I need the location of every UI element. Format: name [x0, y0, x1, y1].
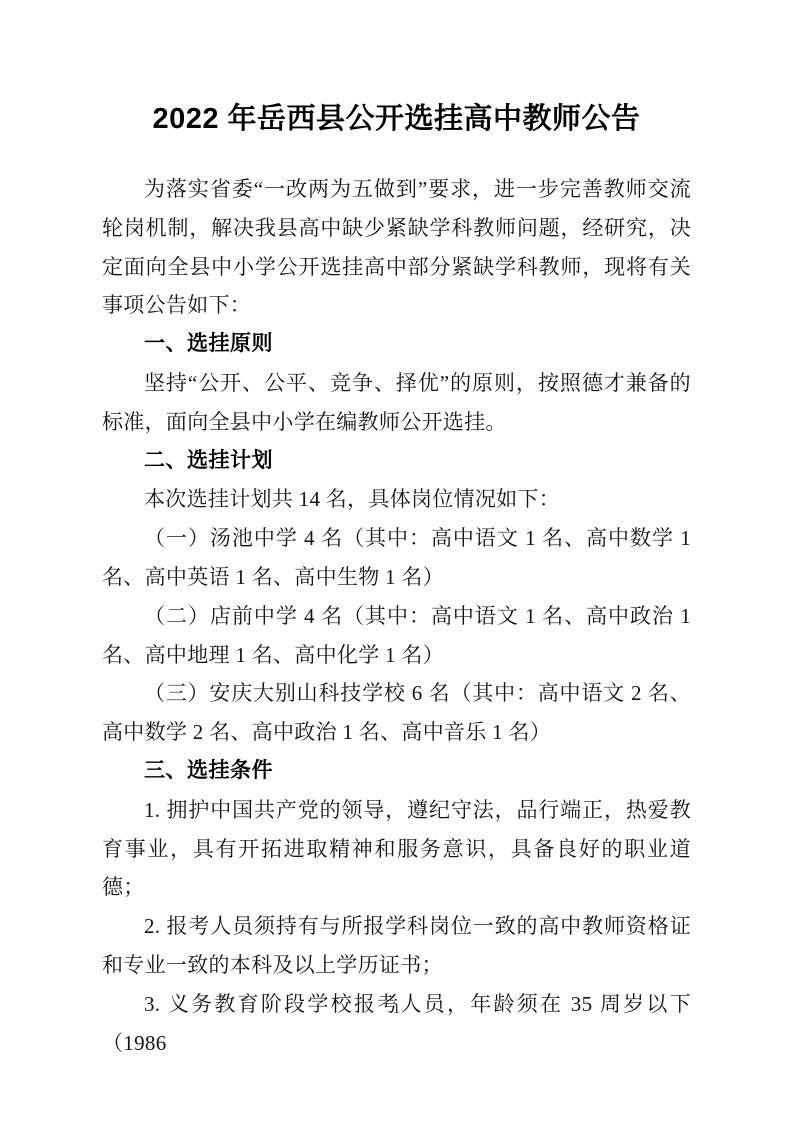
document-page: 2022 年岳西县公开选挂高中教师公告 为落实省委“一改两为五做到”要求，进一步…: [0, 0, 793, 1122]
section-1-heading: 一、选挂原则: [102, 325, 691, 364]
section-2-intro-paragraph: 本次选挂计划共 14 名，具体岗位情况如下：: [102, 480, 691, 519]
section-1-paragraph: 坚持“公开、公平、竞争、择优”的原则，按照德才兼备的标准，面向全县中小学在编教师…: [102, 364, 691, 442]
section-3-heading: 三、选挂条件: [102, 752, 691, 791]
section-2-heading: 二、选挂计划: [102, 442, 691, 481]
plan-item-1-paragraph: （一）汤池中学 4 名（其中：高中语文 1 名、高中数学 1 名、高中英语 1 …: [102, 519, 691, 597]
plan-item-2-paragraph: （二）店前中学 4 名（其中：高中语文 1 名、高中政治 1 名、高中地理 1 …: [102, 597, 691, 675]
condition-1-paragraph: 1. 拥护中国共产党的领导，遵纪守法，品行端正，热爱教育事业，具有开拓进取精神和…: [102, 791, 691, 907]
intro-paragraph: 为落实省委“一改两为五做到”要求，进一步完善教师交流轮岗机制，解决我县高中缺少紧…: [102, 170, 691, 325]
plan-item-3-paragraph: （三）安庆大别山科技学校 6 名（其中：高中语文 2 名、高中数学 2 名、高中…: [102, 674, 691, 752]
doc-title-text: 2022 年岳西县公开选挂高中教师公告: [152, 103, 640, 135]
condition-2-paragraph: 2. 报考人员须持有与所报学科岗位一致的高中教师资格证和专业一致的本科及以上学历…: [102, 907, 691, 985]
condition-3-paragraph: 3. 义务教育阶段学校报考人员，年龄须在 35 周岁以下（1986: [102, 985, 691, 1063]
page-number: 1: [0, 998, 793, 1020]
doc-title: 2022 年岳西县公开选挂高中教师公告: [102, 98, 691, 140]
document-content: 2022 年岳西县公开选挂高中教师公告 为落实省委“一改两为五做到”要求，进一步…: [102, 0, 691, 1062]
